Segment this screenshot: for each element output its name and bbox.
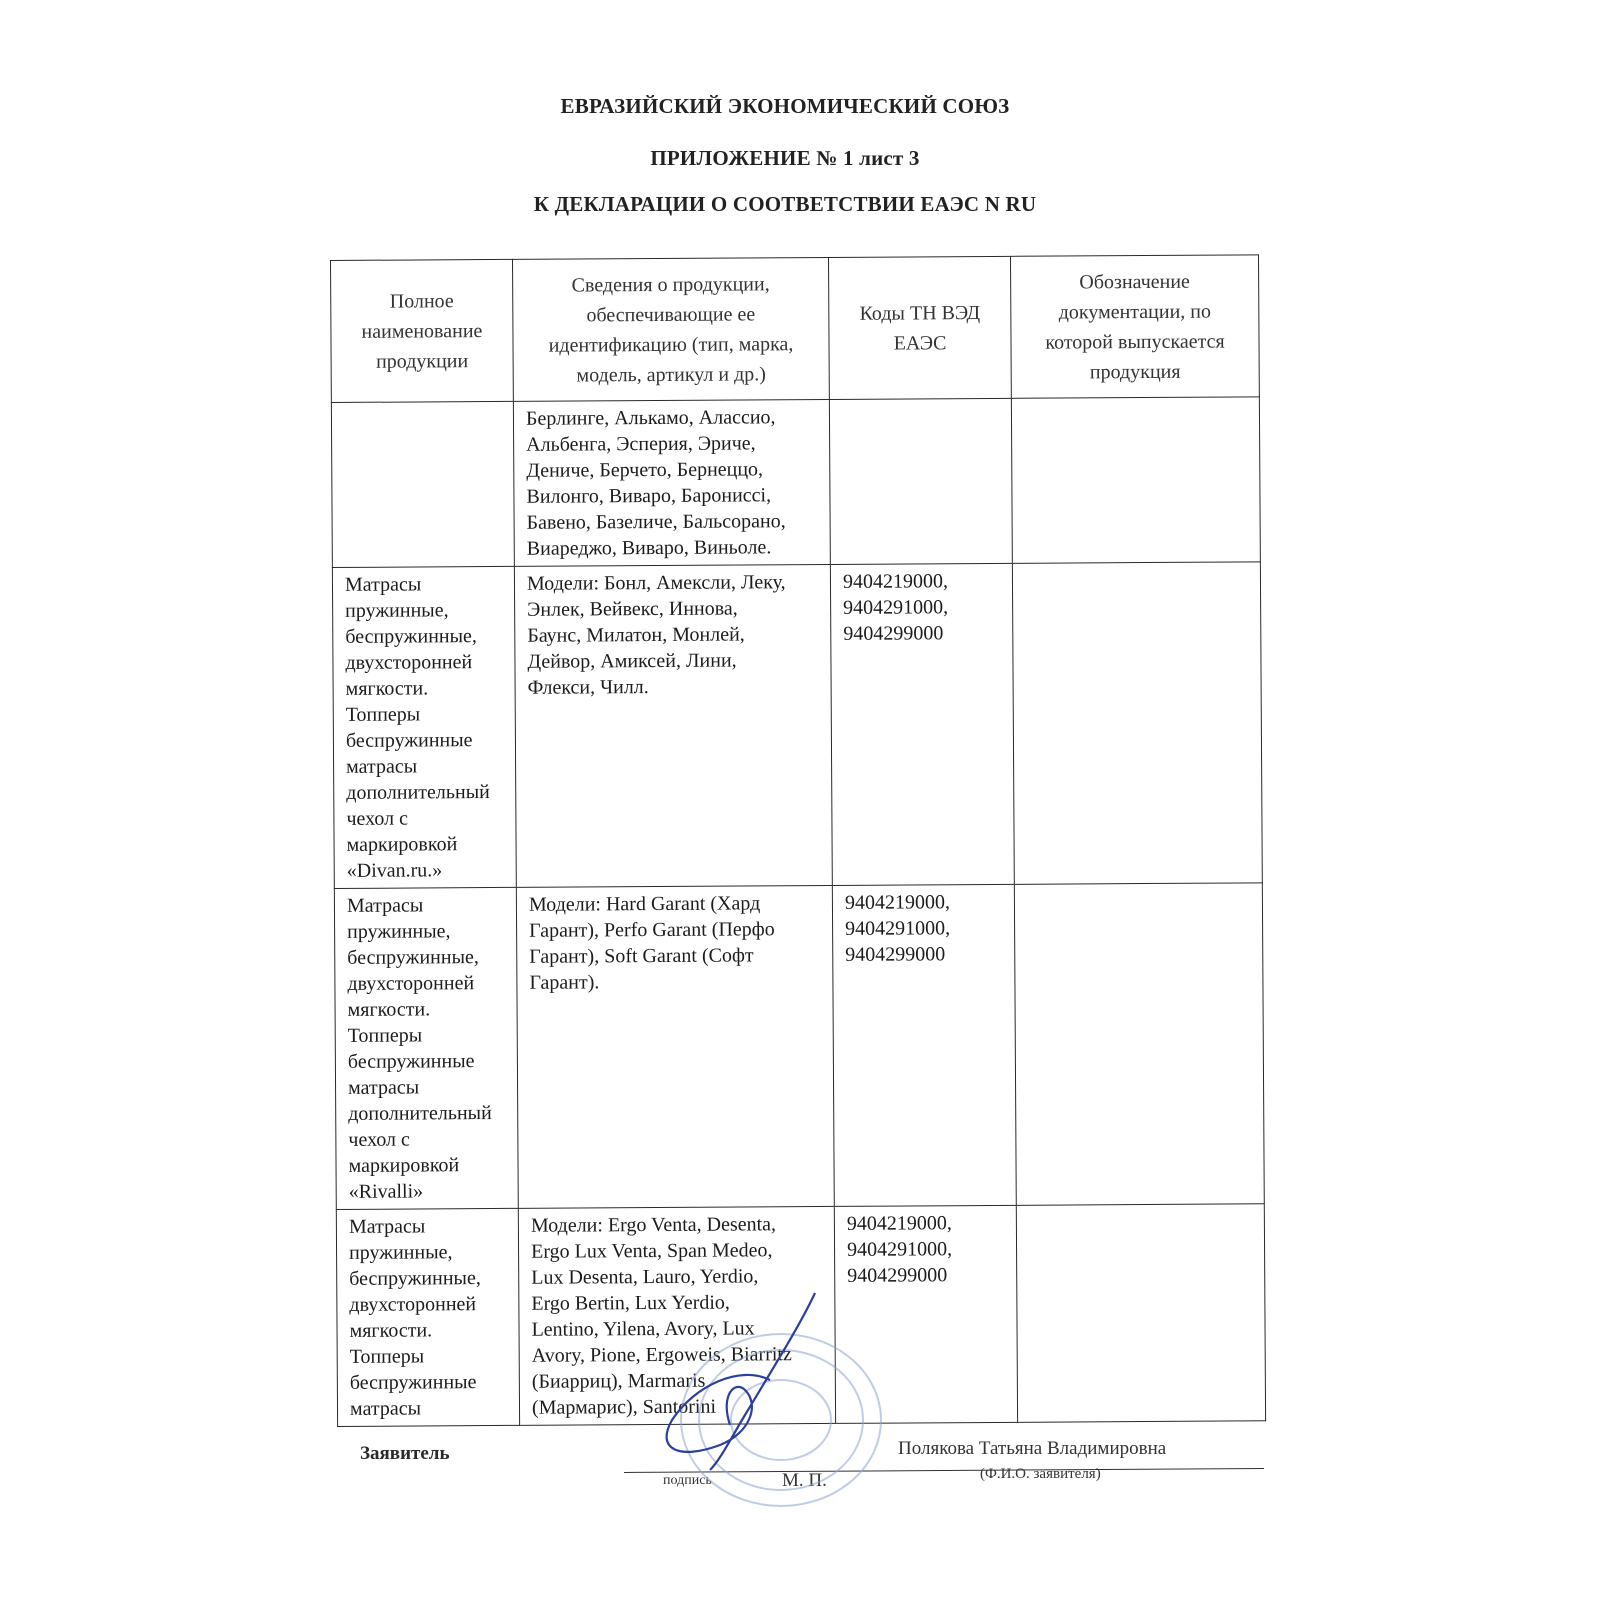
table-row: Матрасы пружинные, беспружинные, двухсто… [332,562,1262,889]
cell-tnved-codes [829,398,1012,564]
column-header-documentation: Обозначение документации, по которой вып… [1010,255,1259,399]
declaration-title: К ДЕКЛАРАЦИИ О СООТВЕТСТВИИ ЕАЭС N RU [0,192,1585,217]
cell-product-info: Модели: Бонл, Амексли, Леку, Энлек, Вейв… [514,564,832,887]
column-header-product-info: Сведения о продукции, обеспечивающие ее … [512,257,829,401]
cell-documentation [1011,397,1260,564]
cell-product-info: Модели: Ergo Venta, Desenta, Ergo Lux Ve… [518,1206,835,1425]
cell-product-name [331,401,514,567]
applicant-name-caption: (Ф.И.О. заявителя) [980,1466,1101,1483]
document-union-title: ЕВРАЗИЙСКИЙ ЭКОНОМИЧЕСКИЙ СОЮЗ [0,94,1585,119]
column-header-tnved-codes: Коды ТН ВЭД ЕАЭС [828,256,1011,399]
table-row: Берлинге, Алькамо, Алассио, Альбенга, Эс… [331,397,1260,568]
cell-tnved-codes: 9404219000, 9404291000, 9404299000 [830,563,1014,885]
cell-documentation [1016,1204,1265,1423]
table-header-row: Полное наименование продукции Сведения о… [331,255,1260,403]
appendix-title: ПРИЛОЖЕНИЕ № 1 лист 3 [0,146,1585,171]
applicant-name: Полякова Татьяна Владимировна [898,1438,1166,1460]
cell-product-name: Матрасы пружинные, беспружинные, двухсто… [336,1208,519,1426]
cell-product-info: Модели: Hard Garant (Хард Гарант), Perfo… [516,885,834,1208]
cell-tnved-codes: 9404219000, 9404291000, 9404299000 [832,884,1016,1206]
table-row: Матрасы пружинные, беспружинные, двухсто… [334,883,1264,1210]
column-header-product-name: Полное наименование продукции [331,259,514,402]
signature-line [624,1468,1264,1473]
cell-product-name: Матрасы пружинные, беспружинные, двухсто… [332,566,516,888]
cell-documentation [1014,883,1264,1206]
stamp-place-caption: М. П. [782,1470,827,1492]
signature-caption: подпись [663,1473,712,1489]
table-row: Матрасы пружинные, беспружинные, двухсто… [336,1204,1265,1427]
products-table: Полное наименование продукции Сведения о… [330,254,1266,1427]
cell-tnved-codes: 9404219000, 9404291000, 9404299000 [834,1205,1017,1423]
cell-documentation [1012,562,1262,885]
cell-product-name: Матрасы пружинные, беспружинные, двухсто… [334,887,518,1209]
applicant-label: Заявитель [360,1443,450,1465]
cell-product-info: Берлинге, Алькамо, Алассио, Альбенга, Эс… [513,399,830,566]
